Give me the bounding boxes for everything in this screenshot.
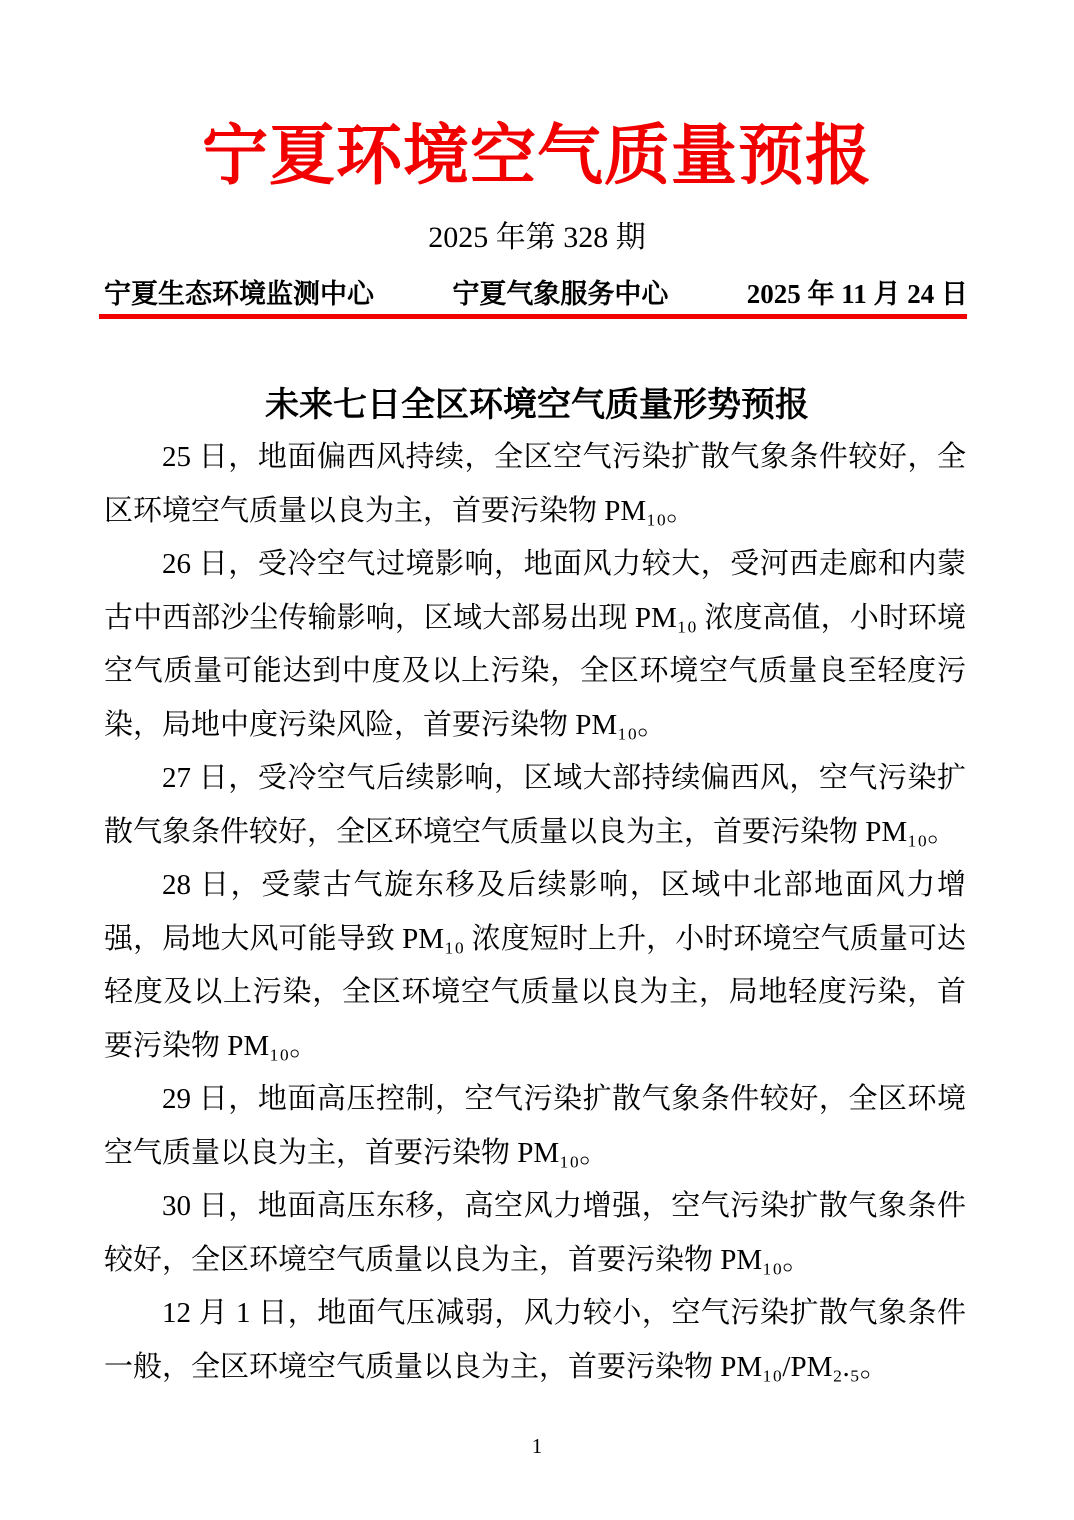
section-title: 未来七日全区环境空气质量形势预报 [0,383,1074,427]
document-page: 宁夏环境空气质量预报 2025 年第 328 期 宁夏生态环境监测中心 宁夏气象… [0,0,1074,1520]
agency-meteorological-center: 宁夏气象服务中心 [452,276,668,312]
forecast-body: 25 日，地面偏西风持续，全区空气污染扩散气象条件较好，全区环境空气质量以良为主… [104,431,966,1394]
page-number: 1 [0,1432,1074,1460]
forecast-paragraph-day26: 26 日，受冷空气过境影响，地面风力较大，受河西走廊和内蒙古中西部沙尘传输影响，… [104,538,966,752]
publish-date: 2025 年 11 月 24 日 [747,276,968,312]
agency-monitoring-center: 宁夏生态环境监测中心 [104,276,374,312]
forecast-paragraph-day30: 30 日，地面高压东移，高空风力增强，空气污染扩散气象条件较好，全区环境空气质量… [104,1180,966,1287]
forecast-paragraph-dec1: 12 月 1 日，地面气压减弱，风力较小，空气污染扩散气象条件一般，全区环境空气… [104,1287,966,1394]
forecast-paragraph-day29: 29 日，地面高压控制，空气污染扩散气象条件较好，全区环境空气质量以良为主，首要… [104,1073,966,1180]
red-divider-rule [99,314,967,319]
forecast-paragraph-day28: 28 日，受蒙古气旋东移及后续影响，区域中北部地面风力增强，局地大风可能导致 P… [104,859,966,1073]
document-title: 宁夏环境空气质量预报 [0,112,1074,202]
forecast-paragraph-day27: 27 日，受冷空气后续影响，区域大部持续偏西风，空气污染扩散气象条件较好，全区环… [104,752,966,859]
issue-number: 2025 年第 328 期 [0,218,1074,258]
document-header: 宁夏生态环境监测中心 宁夏气象服务中心 2025 年 11 月 24 日 [104,276,968,312]
forecast-paragraph-day25: 25 日，地面偏西风持续，全区空气污染扩散气象条件较好，全区环境空气质量以良为主… [104,431,966,538]
